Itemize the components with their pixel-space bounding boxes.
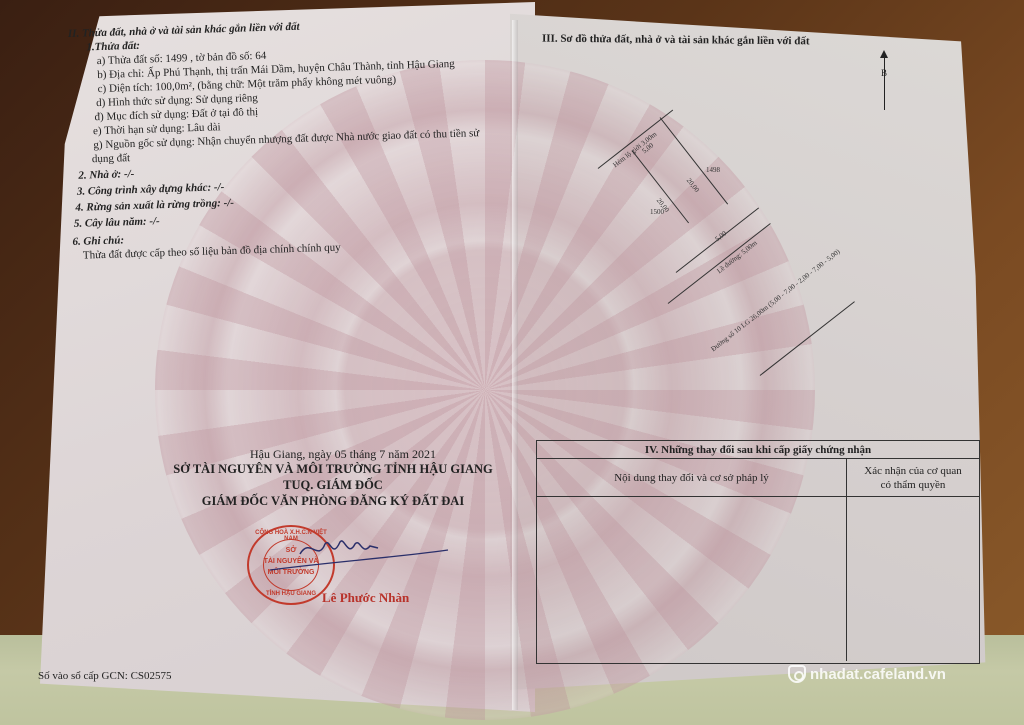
issue-date: Hậu Giang, ngày 05 tháng 7 năm 2021 [250, 447, 480, 462]
diagram-neighbor-top: 1498 [706, 166, 720, 174]
on-behalf-of: TUQ. GIÁM ĐỐC [168, 478, 498, 493]
changes-table-title: IV. Những thay đổi sau khi cấp giấy chứn… [537, 441, 979, 459]
signer-name: Lê Phước Nhàn [322, 590, 409, 606]
gcn-registry-number: Số vào sổ cấp GCN: CS02575 [38, 670, 172, 682]
changes-table: IV. Những thay đổi sau khi cấp giấy chứn… [536, 440, 980, 664]
watermark-text: nhadat.cafeland.vn [810, 666, 946, 683]
site-watermark: nhadat.cafeland.vn [788, 665, 946, 683]
changes-table-body [537, 497, 979, 661]
registration-office: GIÁM ĐỐC VĂN PHÒNG ĐĂNG KÝ ĐẤT ĐAI [168, 494, 498, 509]
change-content-cell [537, 497, 847, 661]
changes-table-header: Nội dung thay đổi và cơ sở pháp lý Xác n… [537, 459, 979, 497]
item-house: 2. Nhà ở: -/- [78, 168, 134, 182]
parcel-heading: 1.Thửa đất: [86, 40, 140, 54]
diagram-neighbor-bottom: 1500 [650, 208, 664, 216]
north-label: B [881, 68, 887, 78]
issuing-department: SỞ TÀI NGUYÊN VÀ MÔI TRƯỜNG TỈNH HẬU GIA… [168, 462, 498, 477]
item-perennial-trees: 5. Cây lâu năm: -/- [74, 215, 160, 230]
authority-confirmation-cell [847, 497, 979, 661]
parcel-line-dd: đ) Mục đích sử dụng: Đất ở tại đô thị [94, 106, 258, 123]
parcel-line-g2: dụng đất [92, 152, 131, 165]
item-other-construction: 3. Công trình xây dựng khác: -/- [77, 181, 225, 198]
handwritten-signature [270, 532, 450, 572]
north-line [884, 55, 885, 110]
header-authority-confirmation: Xác nhận của cơ quan có thẩm quyền [847, 459, 979, 496]
header-authority-line-2: có thẩm quyền [881, 478, 946, 492]
item-production-forest: 4. Rừng sản xuất là rừng trồng: -/- [75, 197, 234, 214]
house-search-icon [788, 665, 806, 683]
stamp-bottom-text: TỈNH HẬU GIANG [249, 591, 333, 597]
header-authority-line-1: Xác nhận của cơ quan [864, 464, 961, 478]
header-change-content: Nội dung thay đổi và cơ sở pháp lý [537, 459, 847, 496]
item-notes: 6. Ghi chú: [72, 234, 124, 248]
section-2-block: II. Thửa đất, nhà ở và tài sản khác gắn … [68, 21, 545, 276]
